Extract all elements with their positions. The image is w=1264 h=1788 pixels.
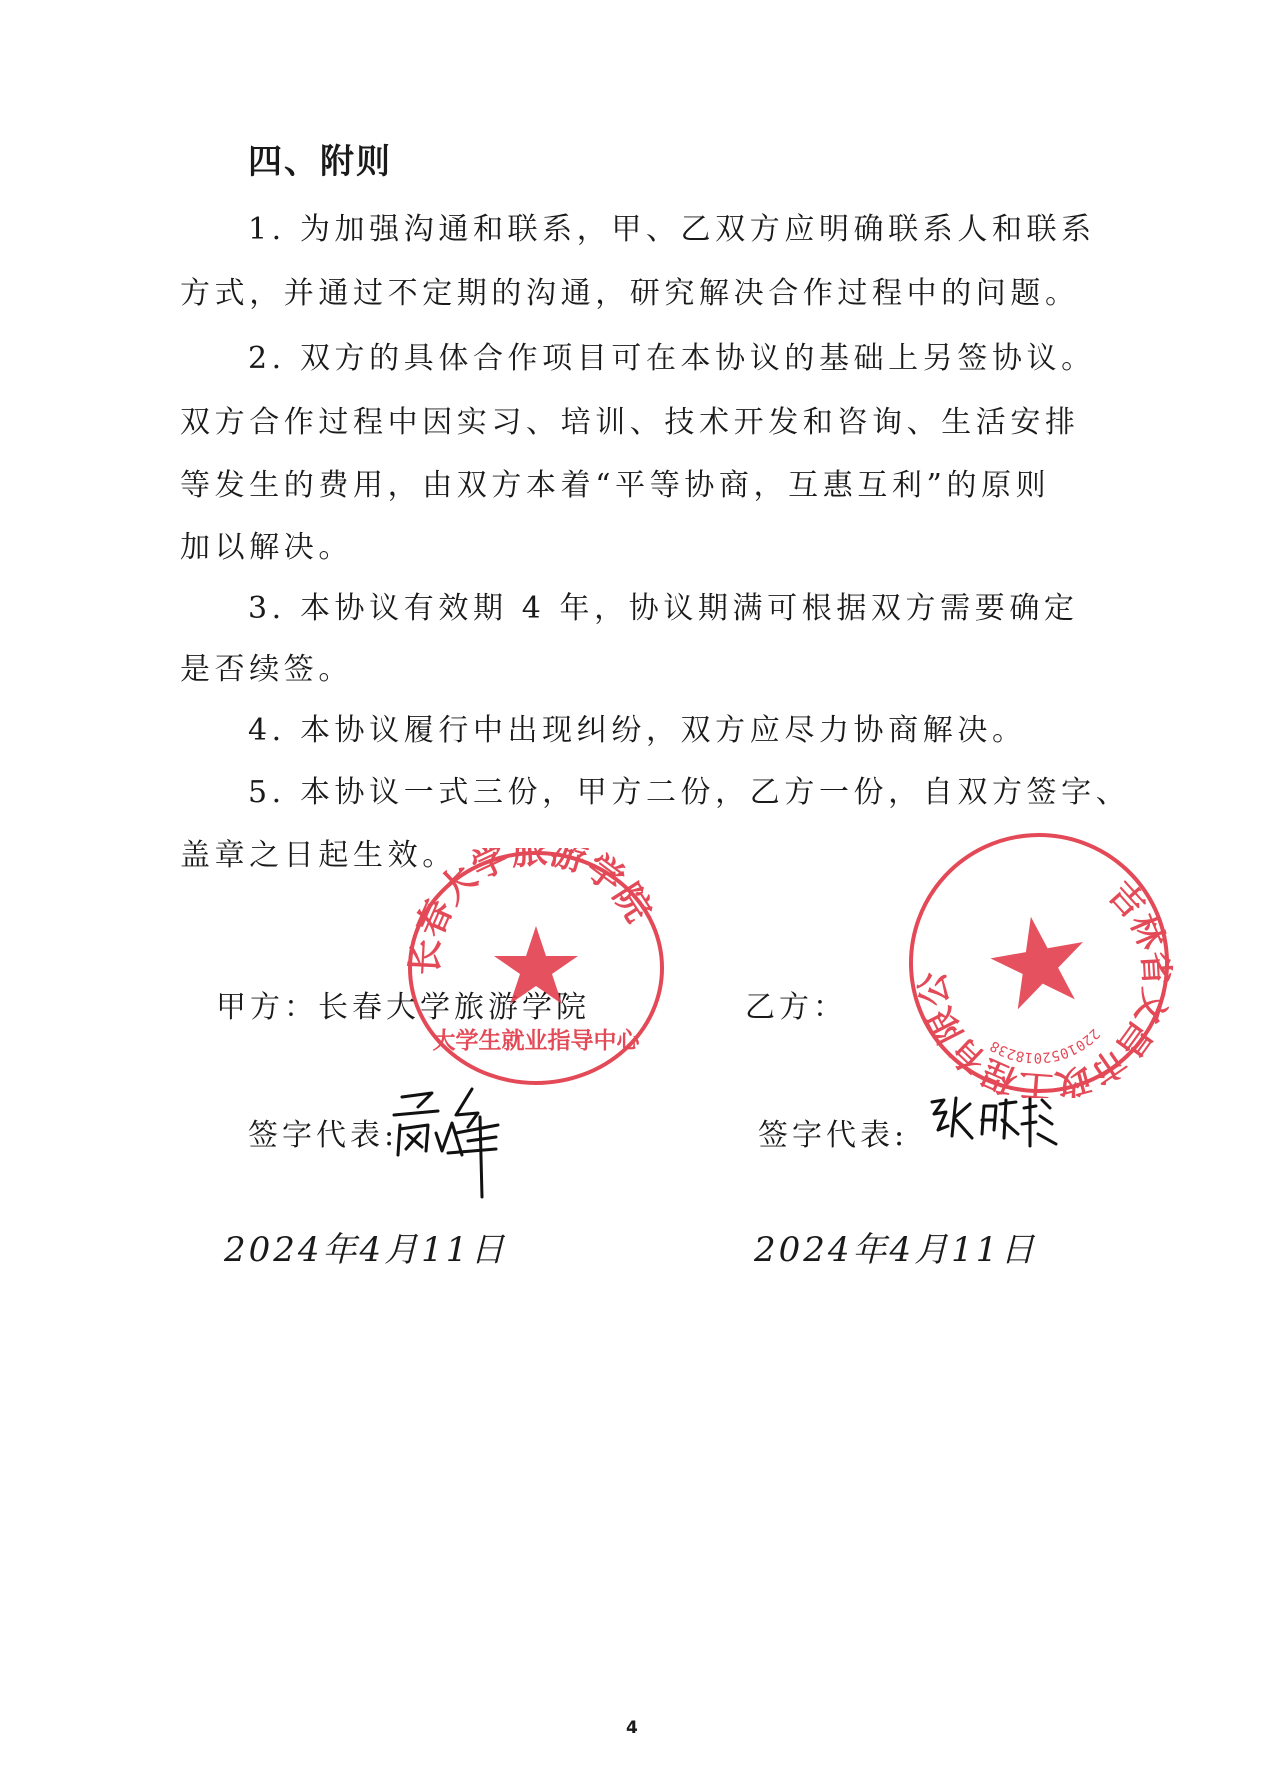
party-a-date-text: 2024年4月11日 bbox=[224, 1230, 507, 1270]
clause-2-line-1: 2. 双方的具体合作项目可在本协议的基础上另签协议。 bbox=[248, 333, 1096, 377]
clause-2-line-3: 等发生的费用，由双方本着“平等协商，互惠互利”的原则 bbox=[180, 460, 1050, 504]
party-b-date-text: 2024年4月11日 bbox=[754, 1230, 1037, 1270]
clause-3-line-2: 是否续签。 bbox=[180, 644, 353, 688]
clause-2-line-2: 双方合作过程中因实习、培训、技术开发和咨询、生活安排 bbox=[180, 397, 1080, 441]
clause-3-line-1: 3. 本协议有效期 4 年，协议期满可根据双方需要确定 bbox=[248, 583, 1079, 627]
document-page: 四、附则 1. 为加强沟通和联系，甲、乙双方应明确联系人和联系 方式，并通过不定… bbox=[0, 0, 1264, 1788]
section-heading: 四、附则 bbox=[248, 134, 392, 183]
page-number: 4 bbox=[626, 1718, 638, 1738]
party-a-signature bbox=[388, 1075, 538, 1205]
party-b-stamp: 吉林省文昌市政工程有限公司 2201052018238 bbox=[904, 828, 1174, 1098]
party-b-label: 乙方： bbox=[745, 982, 847, 1026]
clause-1-line-1: 1. 为加强沟通和联系，甲、乙双方应明确联系人和联系 bbox=[248, 204, 1096, 248]
clause-5-line-1: 5. 本协议一式三份，甲方二份，乙方一份，自双方签字、 bbox=[248, 767, 1130, 811]
party-b-date: 2024年4月11日 bbox=[754, 1222, 1037, 1271]
party-a-stamp: 长春大学旅游学院 大学生就业指导中心 bbox=[404, 848, 668, 1088]
clause-2-line-4: 加以解决。 bbox=[180, 522, 353, 566]
party-a-date: 2024年4月11日 bbox=[224, 1222, 507, 1271]
party-b-signer-label: 签字代表: bbox=[758, 1110, 908, 1154]
clause-4-line-1: 4. 本协议履行中出现纠纷，双方应尽力协商解决。 bbox=[248, 705, 1027, 749]
party-b-signature bbox=[926, 1090, 1066, 1160]
party-a-signer-label: 签字代表: bbox=[248, 1110, 398, 1154]
party-a-stamp-bottom-text: 大学生就业指导中心 bbox=[433, 1027, 641, 1054]
clause-1-line-2: 方式，并通过不定期的沟通，研究解决合作过程中的问题。 bbox=[180, 268, 1080, 312]
